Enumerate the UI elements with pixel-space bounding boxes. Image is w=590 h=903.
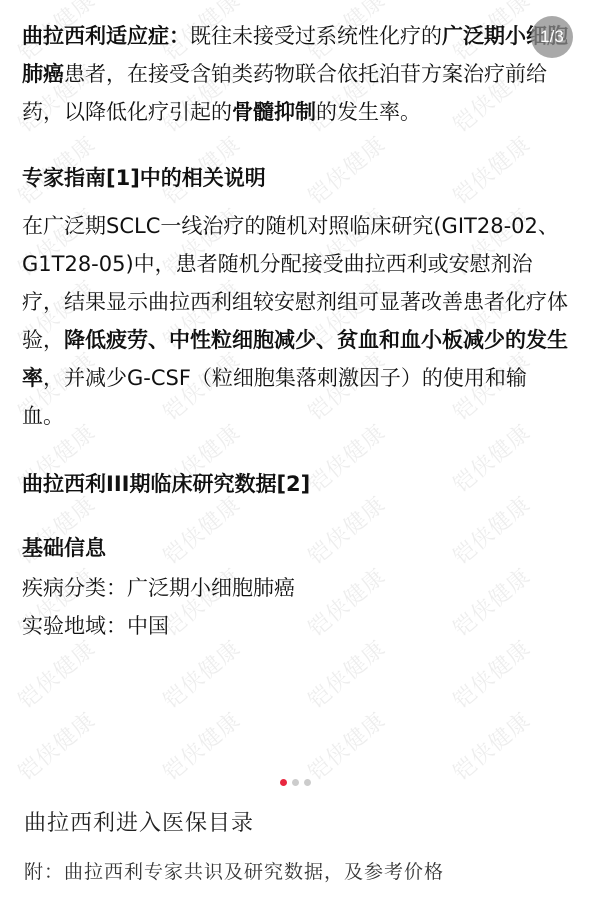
page-indicator-badge: 1/3 — [531, 16, 573, 58]
info-row: 实验地域：中国 — [22, 607, 568, 645]
info-label: 实验地域： — [22, 614, 127, 638]
guideline-paragraph: 在广泛期SCLC一线治疗的随机对照临床研究(GIT28-02、G1T28-05)… — [22, 207, 568, 435]
text: ，并减少G-CSF（粒细胞集落刺激因子）的使用和输血。 — [22, 366, 527, 428]
guideline-heading: 专家指南[1]中的相关说明 — [22, 159, 568, 197]
trial-heading: 曲拉西利III期临床研究数据[2] — [22, 465, 568, 503]
info-value: 广泛期小细胞肺癌 — [127, 576, 295, 600]
article-content: 曲拉西利适应症：既往未接受过系统性化疗的广泛期小细胞肺癌患者，在接受含铂类药物联… — [22, 0, 568, 645]
watermark-text: 铠侠健康 — [446, 704, 536, 787]
info-row: 疾病分类：广泛期小细胞肺癌 — [22, 569, 568, 607]
post-title[interactable]: 曲拉西利进入医保目录 — [24, 806, 254, 837]
info-value: 中国 — [127, 614, 169, 638]
indication-label: 曲拉西利适应症： — [22, 24, 190, 48]
text: 既往未接受过系统性化疗的 — [190, 24, 442, 48]
watermark-text: 铠侠健康 — [156, 704, 246, 787]
watermark-text: 铠侠健康 — [11, 704, 101, 787]
carousel-dot-3[interactable] — [304, 779, 311, 786]
bold-text: 骨髓抑制 — [232, 100, 316, 124]
text: 的发生率。 — [316, 100, 421, 124]
info-label: 疾病分类： — [22, 576, 127, 600]
indication-paragraph: 曲拉西利适应症：既往未接受过系统性化疗的广泛期小细胞肺癌患者，在接受含铂类药物联… — [22, 17, 568, 131]
watermark-text: 铠侠健康 — [301, 704, 391, 787]
post-subtitle: 附：曲拉西利专家共识及研究数据，及参考价格 — [24, 857, 444, 884]
carousel-dot-2[interactable] — [292, 779, 299, 786]
carousel-dots — [0, 779, 590, 786]
carousel-dot-1[interactable] — [280, 779, 287, 786]
basic-info-heading: 基础信息 — [22, 529, 568, 567]
